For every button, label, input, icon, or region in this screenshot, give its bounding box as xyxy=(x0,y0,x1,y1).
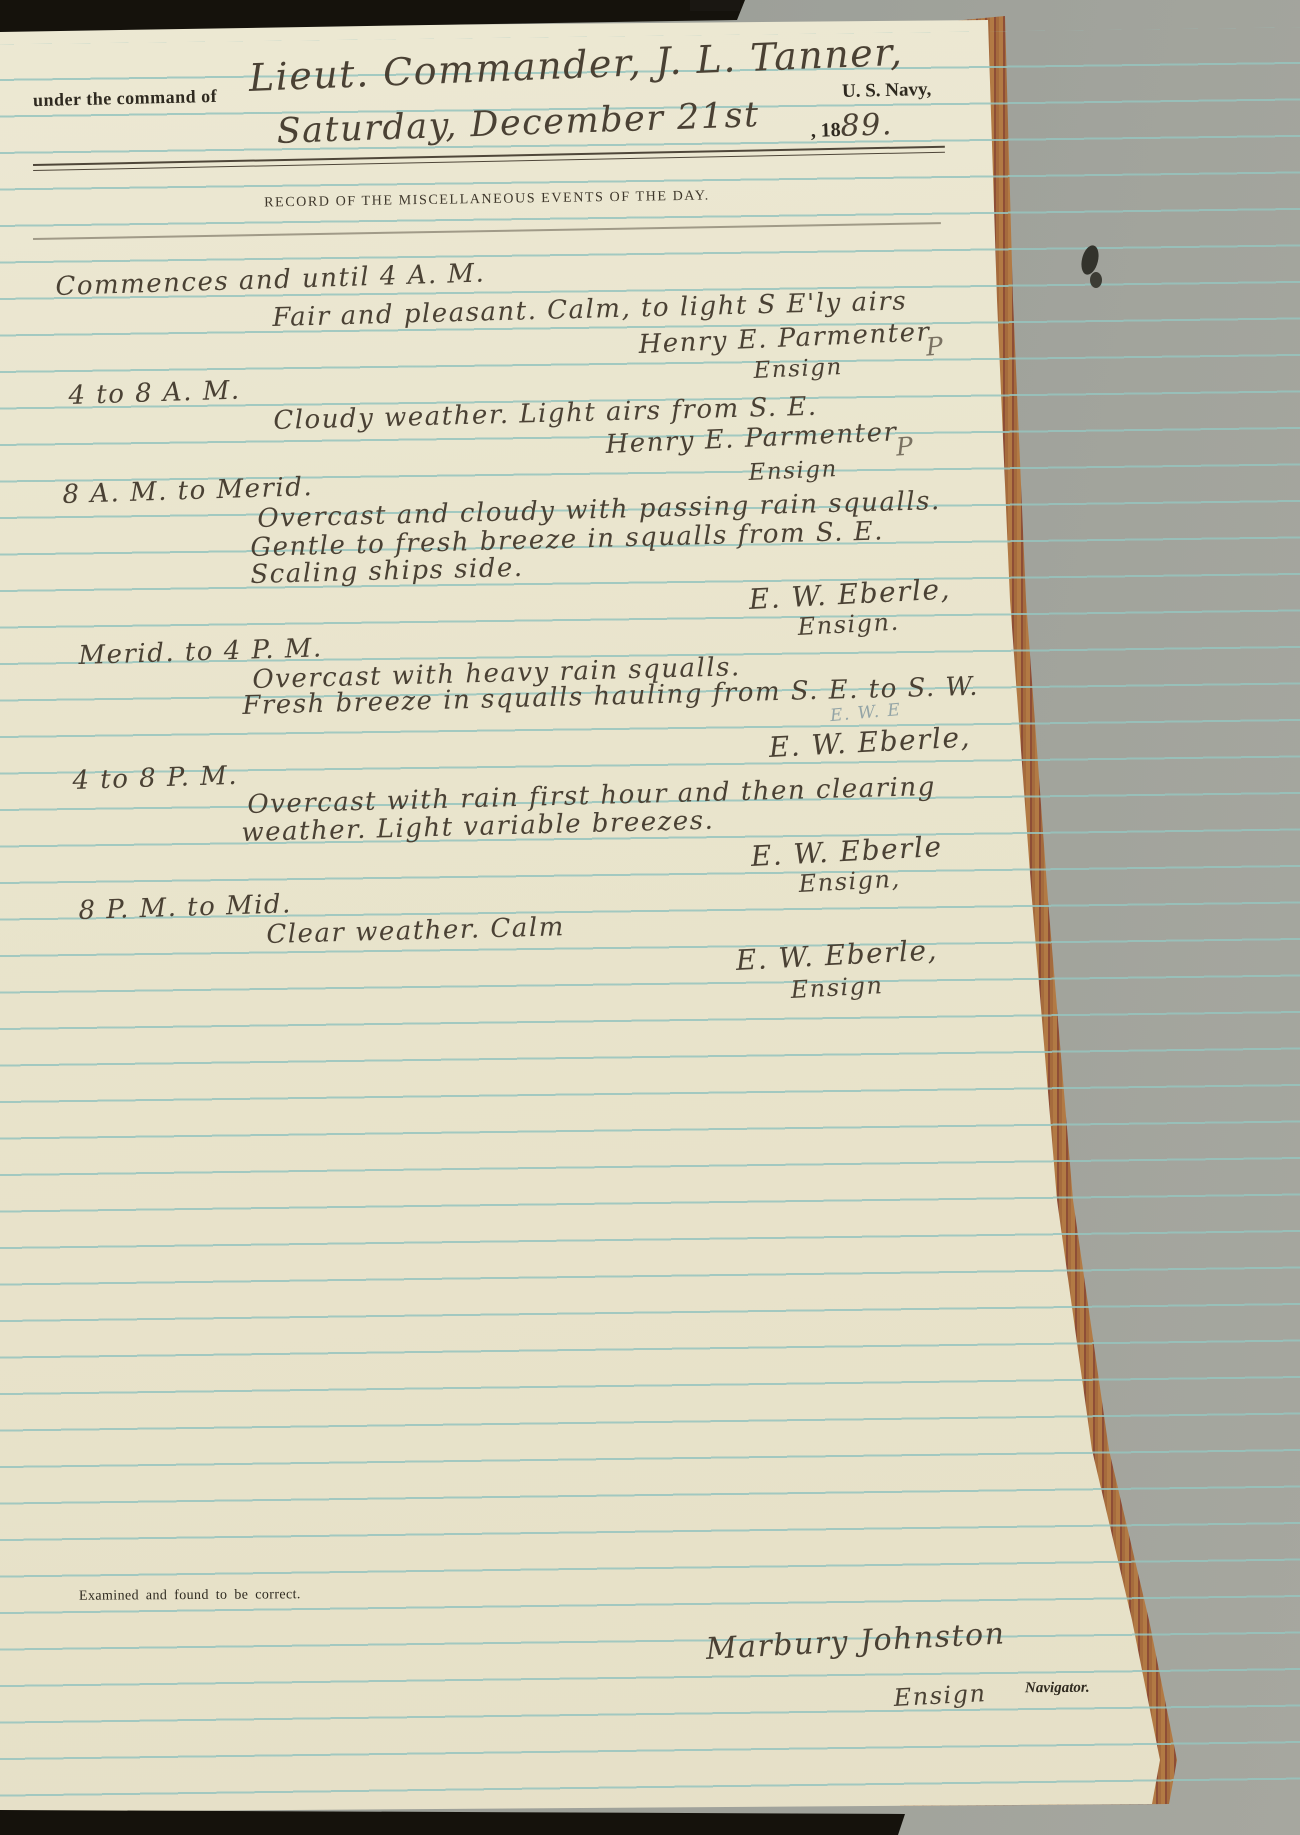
navigator-rank: Ensign xyxy=(893,1679,987,1712)
entry-signature-mark: P xyxy=(925,331,945,361)
entry-signature-rank: Ensign xyxy=(748,456,838,486)
entry-signature-rank: Ensign xyxy=(753,354,843,384)
logbook-photo: under the command of Lieut. Commander, J… xyxy=(0,0,1300,1835)
year-line: , 1889. xyxy=(810,107,893,145)
entry-signature-mark: P xyxy=(895,431,915,461)
printed-year-prefix: , 18 xyxy=(810,119,841,142)
book-cover-top-corner xyxy=(690,0,740,11)
examined-statement: Examined and found to be correct. xyxy=(79,1587,301,1605)
entry-signature-rank: Ensign. xyxy=(797,608,900,641)
entry-time-label: 4 to 8 A. M. xyxy=(68,376,241,411)
page-edge-mark-2 xyxy=(1090,272,1102,288)
printed-us-navy: U. S. Navy, xyxy=(842,79,932,103)
entry-signature-rank: Ensign, xyxy=(798,865,901,898)
year-handwritten: 89. xyxy=(840,107,893,144)
printed-command-prefix: under the command of xyxy=(33,86,218,111)
entry-signature-rank: Ensign xyxy=(790,971,884,1004)
printed-navigator-label: Navigator. xyxy=(1025,1680,1090,1698)
entry-time-label: 4 to 8 P. M. xyxy=(72,761,238,796)
